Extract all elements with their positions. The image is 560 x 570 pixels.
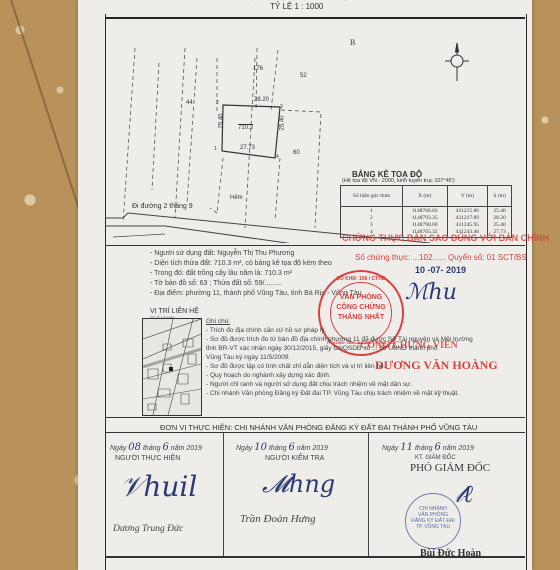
date-day: 10 xyxy=(254,442,267,453)
date-prefix: Ngày xyxy=(110,445,126,452)
cert-date: 10 -07- 2019 xyxy=(415,265,466,275)
date-month-label: tháng xyxy=(415,445,433,452)
sig1-role: NGƯỜI THỰC HIỆN xyxy=(115,455,180,462)
coord-cell: 3 xyxy=(342,222,401,229)
note-line: - Chi nhánh Văn phòng Đăng ký Đất đai TP… xyxy=(206,390,459,397)
coord-cell: 25.40 xyxy=(489,222,510,229)
parcel-area: 710.3 xyxy=(238,125,253,131)
coord-cell: 431245.95 xyxy=(449,222,487,229)
coord-header-id: Số hiệu góc thửa xyxy=(341,186,403,207)
notes-title: Ghi chú: xyxy=(206,318,230,325)
land-office-stamp: CHI NHÁNH VĂN PHÒNG ĐĂNG KÝ ĐẤT ĐAI TP. … xyxy=(405,493,461,549)
date-day: 11 xyxy=(400,442,413,453)
date-month: 6 xyxy=(434,442,440,453)
sig3-role2: PHÓ GIÁM ĐỐC xyxy=(410,462,490,474)
date-year: năm 2019 xyxy=(443,445,474,452)
column-divider xyxy=(368,432,369,557)
date-month: 6 xyxy=(288,442,294,453)
coord-cell: 1148793.35 xyxy=(404,215,446,222)
info-owner: - Người sử dụng đất: Nguyễn Thị Thu Phươ… xyxy=(150,250,294,257)
cert-number: Số chứng thực: ...102...... Quyển số: 01… xyxy=(355,253,527,262)
coord-cell: 431217.89 xyxy=(449,215,487,222)
info-map-sheet: - Tờ bản đồ số: 63 ; Thửa đất số: 59/...… xyxy=(150,280,282,287)
coord-cell: 28.20 xyxy=(489,215,510,222)
note-line: Vũng Tàu ký ngày 11/5/2009. xyxy=(206,354,290,361)
coord-cell: 1148790.60 xyxy=(404,222,446,229)
note-line: tỉnh BR-VT xác nhận ngày 30/12/2015, giấ… xyxy=(206,345,437,352)
date-prefix: Ngày xyxy=(236,445,252,452)
stamp-line-2: CÔNG CHỨNG xyxy=(320,304,402,311)
office-stamp-line: TP. VŨNG TÀU xyxy=(406,524,460,530)
note-line: - Quy hoạch do nghành xây dựng xác định. xyxy=(206,372,331,379)
sig3-signature: 𝓁ℓ xyxy=(455,480,473,509)
stamp-top-text: SỐ KHĐ: 106 / CTHD xyxy=(320,276,402,282)
road-label: Đi đường 2 tháng 9 xyxy=(132,203,193,210)
map-scale: TỶ LỆ 1 : 1000 xyxy=(270,2,323,11)
edge-bottom-length: 27.73 xyxy=(240,145,255,151)
neighbor-parcel-44: 44 xyxy=(186,100,193,106)
stamp-line-1: VĂN PHÒNG xyxy=(320,294,402,301)
coord-cell: 1 xyxy=(342,208,401,215)
certify-line: CHỨNG THỰC BẢN SAO ĐÚNG VỚI BẢN CHÍNH xyxy=(342,233,549,243)
stamp-inner-ring xyxy=(330,282,392,344)
section-divider xyxy=(105,417,525,418)
section-divider xyxy=(105,432,525,433)
sig2-signature: 𝓜hng xyxy=(262,470,335,498)
neighbor-parcel-60: 60 xyxy=(293,150,300,156)
section-divider xyxy=(105,245,525,246)
vertex-3: 3 xyxy=(280,104,283,110)
location-minimap xyxy=(142,318,202,416)
date-prefix: Ngày xyxy=(382,445,398,452)
vertex-2: 2 xyxy=(216,100,219,106)
date-year: năm 2019 xyxy=(171,445,202,452)
header-partial: ( Thửa có phục vụ : Tách thửa) xyxy=(250,0,347,1)
date-month-label: tháng xyxy=(269,445,287,452)
sig3-role: KT. GIÁM ĐỐC xyxy=(415,455,456,461)
minimap-drawing xyxy=(143,319,201,415)
vertex-1: 1 xyxy=(214,146,217,152)
executing-unit: ĐƠN VỊ THỰC HIỆN: CHI NHÁNH VĂN PHÒNG ĐĂ… xyxy=(160,423,477,432)
edge-left-length: 25.40 xyxy=(219,113,225,128)
parcel-marker xyxy=(169,367,173,371)
vertex-4: 4 xyxy=(276,154,279,160)
note-line: - Sơ đồ được trích đo từ bản đồ địa chín… xyxy=(206,336,473,343)
coord-table: Số hiệu góc thửa X (m) Y (m) S (m) 1234 … xyxy=(340,185,512,238)
stamp-line-3: THẮNG NHẤT xyxy=(320,314,402,321)
sig1-date: Ngày 08 tháng 6 năm 2019 xyxy=(110,442,202,453)
note-line: - Trích đo địa chính căn cứ hồ sơ pháp l… xyxy=(206,327,326,334)
sig2-role: NGƯỜI KIỂM TRA xyxy=(265,455,324,462)
date-month: 6 xyxy=(162,442,168,453)
coord-cell: 1148768.03 xyxy=(404,208,446,215)
date-month-label: tháng xyxy=(143,445,161,452)
coord-cell: 431215.86 xyxy=(449,208,487,215)
column-divider xyxy=(223,432,224,557)
info-area: - Diện tích thửa đất: 710.3 m², có bảng … xyxy=(150,260,332,267)
location-title: VỊ TRÍ LIÊN HỆ xyxy=(150,308,199,315)
neighbor-parcel-52: 52 xyxy=(300,73,307,79)
coord-header-x: X (m) xyxy=(402,186,447,207)
coord-cell: 2 xyxy=(342,215,401,222)
sig2-name: Trần Đoàn Hưng xyxy=(240,513,316,525)
alley-label: Hẻm xyxy=(230,195,243,201)
compass-label: B xyxy=(350,38,355,47)
sig1-name: Dương Trung Đức xyxy=(113,524,183,534)
note-line: - Người chỉ ranh và người sử dụng đất ch… xyxy=(206,381,412,388)
notary-name: DƯƠNG VĂN HOÀNG xyxy=(375,358,498,373)
bottom-border xyxy=(105,556,525,558)
coord-header-s: S (m) xyxy=(488,186,512,207)
date-day: 08 xyxy=(128,442,141,453)
sig3-date: Ngày 11 tháng 6 năm 2019 xyxy=(382,442,474,453)
coord-cell: 25.40 xyxy=(489,208,510,215)
coord-header-y: Y (m) xyxy=(447,186,488,207)
coord-table-subtitle: (Hệ tọa độ VN - 2000, kinh tuyến trục 10… xyxy=(342,178,455,184)
note-line: - Sơ đồ được lập có tính chất chỉ dẫn di… xyxy=(206,363,385,370)
sig2-date: Ngày 10 tháng 6 năm 2019 xyxy=(236,442,328,453)
date-year: năm 2019 xyxy=(297,445,328,452)
sig1-signature: 𝒱huil xyxy=(120,470,197,504)
notary-signature: ℳhu xyxy=(405,280,457,305)
edge-top-length: 28.20 xyxy=(254,97,269,103)
neighbor-parcel-176: 176 xyxy=(253,66,263,72)
edge-right-length: 25.40 xyxy=(280,115,286,130)
info-land-use: - Trong đó: đất trồng cây lâu năm là: 71… xyxy=(150,270,292,277)
